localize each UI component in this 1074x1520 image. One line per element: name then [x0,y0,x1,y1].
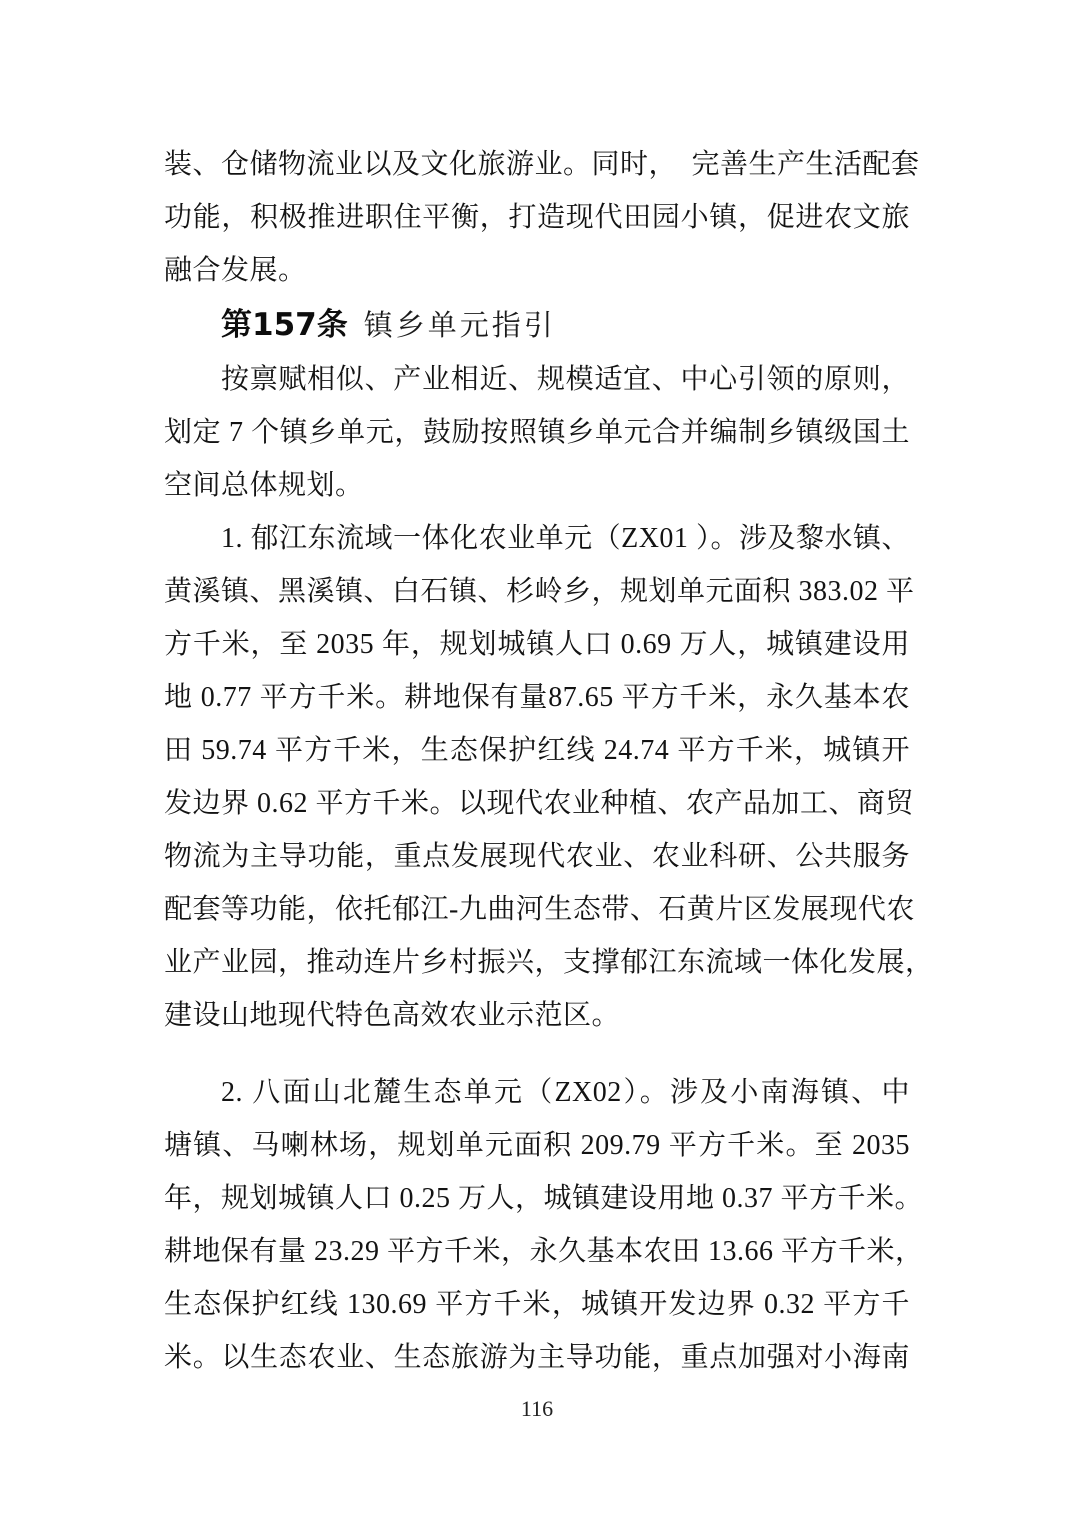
text-line: 方千米，至 2035 年，规划城镇人口 0.69 万人，城镇建设用 [164,618,910,671]
text-line: 发边界 0.62 平方千米。以现代农业种植、农产品加工、商贸 [164,777,910,830]
text-line: 年，规划城镇人口 0.25 万人，城镇建设用地 0.37 平方千米。 [164,1172,910,1225]
article-heading: 第157条镇乡单元指引 [164,297,910,353]
text-line: 田 59.74 平方千米，生态保护红线 24.74 平方千米，城镇开 [164,724,910,777]
text-line: 配套等功能，依托郁江-九曲河生态带、石黄片区发展现代农 [164,883,910,936]
text-line: 生态保护红线 130.69 平方千米，城镇开发边界 0.32 平方千 [164,1278,910,1331]
text-line: 米。以生态农业、生态旅游为主导功能，重点加强对小海南 [164,1331,910,1384]
text-line: 功能，积极推进职住平衡，打造现代田园小镇，促进农文旅 [164,191,910,244]
text-line: 物流为主导功能，重点发展现代农业、农业科研、公共服务 [164,830,910,883]
text-line: 1. 郁江东流域一体化农业单元（ZX01 ）。涉及黎水镇、 [164,512,910,565]
text-line: 地 0.77 平方千米。耕地保有量87.65 平方千米，永久基本农 [164,671,910,724]
document-page: 装、仓储物流业以及文化旅游业。同时， 完善生产生活配套 功能，积极推进职住平衡，… [0,0,1074,1520]
text-line: 业产业园，推动连片乡村振兴，支撑郁江东流域一体化发展， [164,936,910,989]
text-line: 塘镇、马喇林场，规划单元面积 209.79 平方千米。至 2035 [164,1119,910,1172]
page-number: 116 [0,1396,1074,1422]
text-line: 空间总体规划。 [164,459,910,512]
text-line: 划定 7 个镇乡单元，鼓励按照镇乡单元合并编制乡镇级国土 [164,406,910,459]
article-title: 镇乡单元指引 [364,310,556,342]
text-line: 按禀赋相似、产业相近、规模适宜、中心引领的原则， [164,353,910,406]
page-body-text: 装、仓储物流业以及文化旅游业。同时， 完善生产生活配套 功能，积极推进职住平衡，… [164,138,910,1384]
text-line: 耕地保有量 23.29 平方千米，永久基本农田 13.66 平方千米， [164,1225,910,1278]
text-line: 建设山地现代特色高效农业示范区。 [164,989,910,1042]
text-line: 2. 八面山北麓生态单元（ZX02）。涉及小南海镇、中 [164,1066,910,1119]
text-line: 黄溪镇、黑溪镇、白石镇、杉岭乡，规划单元面积 383.02 平 [164,565,910,618]
article-number: 第157条 [221,307,348,343]
text-line: 装、仓储物流业以及文化旅游业。同时， 完善生产生活配套 [164,138,910,191]
text-line: 融合发展。 [164,244,910,297]
